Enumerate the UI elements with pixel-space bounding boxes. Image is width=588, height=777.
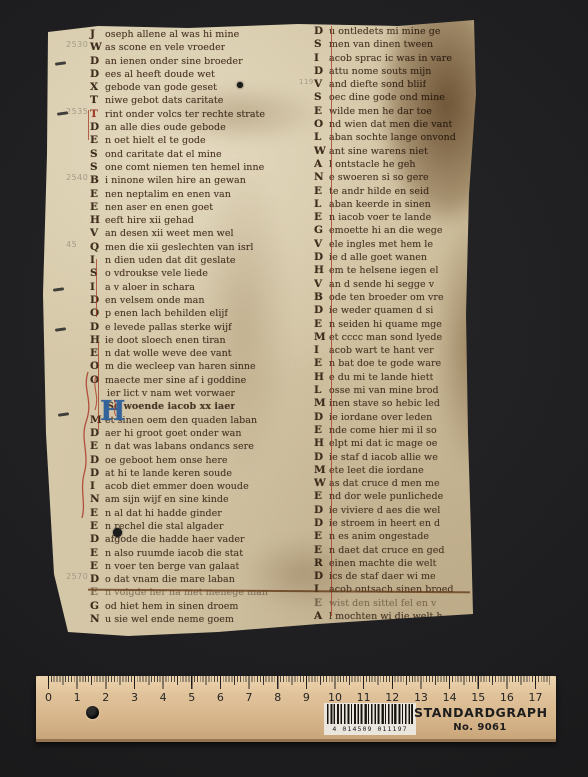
ruler-number: 16 (500, 691, 514, 704)
line-text: n rechel die stal algader (105, 520, 224, 533)
line-initial: D (90, 121, 105, 134)
line-text: wist den sittel fel en v (329, 597, 436, 610)
ruler-brand-name: STANDARDGRAPH (414, 705, 546, 720)
line-text: l mochten wi die welt h (329, 610, 443, 623)
line-text: oec dine gode ond mine (329, 91, 445, 104)
manuscript-line: Om die wecleep van haren sinne (90, 360, 308, 373)
line-initial: I (90, 254, 105, 267)
manuscript-line: Mete leet die iordane (314, 464, 482, 477)
manuscript-line: Nu sie wel ende neme goem (90, 613, 308, 626)
line-text: n bat doe te gode ware (329, 357, 441, 370)
line-initial: V (90, 227, 105, 240)
line-text: p enen lach behilden elijf (105, 307, 228, 320)
ruler-number: 13 (414, 691, 428, 704)
ruler-number: 4 (160, 691, 167, 704)
manuscript-line: En es anim ongestade (314, 530, 482, 543)
line-initial: L (314, 131, 329, 144)
manuscript-line: Dees al heeft doude wet (90, 68, 308, 81)
manuscript-line: Dafgode die hadde haer vader (90, 533, 308, 546)
line-text: ie iordane over leden (329, 411, 432, 424)
manuscript-line: Do dat vnam die mare laban (90, 573, 308, 586)
line-initial: V (314, 78, 329, 91)
manuscript-line: Gemoette hi an die wege (314, 224, 482, 237)
line-initial: D (314, 251, 329, 264)
line-text: nen neptalim en enen van (105, 188, 231, 201)
line-initial: H (314, 264, 329, 277)
line-initial: D (90, 454, 105, 467)
line-text: as dat cruce d men me (329, 477, 440, 490)
line-initial: S (90, 267, 105, 280)
ruler: 01234567891011121314151617 4 014509 0111… (36, 676, 556, 742)
manuscript-line: Iacob wart te hant ver (314, 344, 482, 357)
line-initial: D (90, 533, 105, 546)
barcode-digits: 4 014509 011197 (327, 725, 413, 733)
ruler-number: 6 (217, 691, 224, 704)
line-initial: A (314, 610, 329, 623)
line-initial: W (314, 477, 329, 490)
line-text: n voer ten berge van galaat (105, 560, 239, 573)
manuscript-line: Minen stave so hebic led (314, 397, 482, 410)
line-initial: D (90, 573, 105, 586)
line-text: an ienen onder sine broeder (105, 55, 243, 68)
manuscript-page: Joseph allene al was hi mineWas scone en… (38, 14, 482, 638)
manuscript-line: So vdroukse vele liede (90, 267, 308, 280)
line-initial: E (314, 530, 329, 543)
manuscript-line: Die iordane over leden (314, 411, 482, 424)
manuscript-line: Die weder quamen d si (314, 304, 482, 317)
manuscript-line: Was scone en vele vroeder (90, 41, 308, 54)
line-initial: E (90, 188, 105, 201)
line-initial: M (314, 331, 329, 344)
line-initial: I (314, 344, 329, 357)
rubrication-stroke (96, 259, 97, 317)
line-initial: D (314, 504, 329, 517)
manuscript-line: Bi ninone wilen hire an gewan (90, 174, 308, 187)
manuscript-line: Helpt mi dat ic mage oe (314, 437, 482, 450)
manuscript-line: End dor wele punlichede (314, 490, 482, 503)
manuscript-line: Van d sende hi segge v (314, 278, 482, 291)
line-text: l ontstacle he geh (329, 158, 416, 171)
line-initial: E (90, 440, 105, 453)
line-text: aban sochte lange onvond (329, 131, 456, 144)
line-initial: Q (90, 241, 105, 254)
line-text: as scone en vele vroeder (105, 41, 225, 54)
line-initial: E (314, 185, 329, 198)
line-initial: E (90, 134, 105, 147)
line-initial: E (314, 544, 329, 557)
line-initial: E (314, 357, 329, 370)
line-initial: H (90, 214, 105, 227)
rubrication-line-right (331, 26, 332, 616)
line-text: ant sine warens niet (329, 145, 428, 158)
manuscript-line: Nam sijn wijf en sine kinde (90, 493, 308, 506)
manuscript-line: Du ontledets mi mine ge (314, 25, 482, 38)
line-text: niwe gebot dats caritate (105, 94, 223, 107)
line-initial: O (90, 307, 105, 320)
manuscript-line: Die d alle goet wanen (314, 251, 482, 264)
line-text: maecte mer sine af i goddine (105, 374, 246, 387)
line-initial: E (90, 507, 105, 520)
line-initial: L (314, 384, 329, 397)
line-text: osse mi van mine brod (329, 384, 439, 397)
margin-number: 2570 (66, 572, 88, 581)
manuscript-line: In dien uden dat dit geslate (90, 254, 308, 267)
manuscript-line: Hie doot sloech enen tiran (90, 334, 308, 347)
line-text: an d sende hi segge v (329, 278, 434, 291)
ruler-hang-hole (86, 706, 99, 719)
line-text: one comt niemen ten hemel inne (105, 161, 264, 174)
manuscript-line: Smen van dinen tween (314, 38, 482, 51)
manuscript-line: Sond caritate dat el mine (90, 148, 308, 161)
manuscript-line: Xgebode van gode geset (90, 81, 308, 94)
manuscript-line: En daet dat cruce en ged (314, 544, 482, 557)
sewing-slit (58, 412, 69, 417)
line-initial: G (314, 224, 329, 237)
line-text: an alle dies oude gebode (105, 121, 226, 134)
manuscript-line: Joseph allene al was hi mine (90, 28, 308, 41)
line-initial: W (314, 145, 329, 158)
line-initial: D (90, 55, 105, 68)
line-initial: D (90, 467, 105, 480)
line-initial: E (314, 211, 329, 224)
manuscript-line: Dat hi te lande keren soude (90, 467, 308, 480)
line-text: gebode van gode geset (105, 81, 217, 94)
manuscript-line: He du mi te lande hiett (314, 371, 482, 384)
manuscript-line: Was dat cruce d men me (314, 477, 482, 490)
ruler-number: 3 (131, 691, 138, 704)
manuscript-line: En rechel die stal algader (90, 520, 308, 533)
line-initial: D (314, 65, 329, 78)
line-text: nd dor wele punlichede (329, 490, 443, 503)
ruler-model-number: No. 9061 (414, 722, 546, 733)
line-text: n oet hielt el te gode (105, 134, 206, 147)
line-initial: D (314, 25, 329, 38)
manuscript-line: Iacob diet emmer doen woude (90, 480, 308, 493)
manuscript-line: Enen aser en enen goet (90, 201, 308, 214)
ruler-cm-ticks (48, 676, 550, 689)
manuscript-line: En iacob voer te lande (314, 211, 482, 224)
line-text: n iacob voer te lande (329, 211, 431, 224)
manuscript-line: Al mochten wi die welt h (314, 610, 482, 623)
line-text: n also ruumde iacob die stat (105, 547, 243, 560)
manuscript-line: Laban keerde in sinen (314, 198, 482, 211)
photo-stage: Joseph allene al was hi mineWas scone en… (0, 0, 588, 777)
line-text: ees al heeft doude wet (105, 68, 215, 81)
line-text: ode ten broeder om vre (329, 291, 444, 304)
ruler-number: 17 (529, 691, 543, 704)
line-initial: D (314, 570, 329, 583)
line-initial: S (314, 91, 329, 104)
manuscript-line: God hiet hem in sinen droem (90, 600, 308, 613)
manuscript-line: Iacob sprac ic was in vare (314, 52, 482, 65)
line-initial: X (90, 81, 105, 94)
manuscript-line: En dat was labans ondancs sere (90, 440, 308, 453)
gutter-pencil-mark: 119 (299, 78, 314, 86)
ruler-number: 8 (274, 691, 281, 704)
manuscript-line: En voer ten berge van galaat (90, 560, 308, 573)
line-text: ele ingles met hem le (329, 238, 433, 251)
line-initial: I (90, 281, 105, 294)
line-initial: T (90, 108, 105, 121)
manuscript-line: En dat wolle weve dee vant (90, 347, 308, 360)
margin-number: 2540 (66, 173, 88, 182)
line-initial: D (314, 411, 329, 424)
line-text: and diefte sond bliif (329, 78, 426, 91)
ruler-number: 0 (45, 691, 52, 704)
line-text: ie d alle goet wanen (329, 251, 427, 264)
line-initial: E (314, 490, 329, 503)
line-text: te andr hilde en seid (329, 185, 429, 198)
line-initial: D (314, 451, 329, 464)
line-text: ete leet die iordane (329, 464, 424, 477)
line-text: nde come hier mi il so (329, 424, 437, 437)
line-initial: S (90, 161, 105, 174)
parchment-hole (237, 82, 243, 88)
manuscript-line: Ond wien dat men die vant (314, 118, 482, 131)
manuscript-line: Dattu nome souts mijn (314, 65, 482, 78)
line-text: attu nome souts mijn (329, 65, 431, 78)
manuscript-right-column: Du ontledets mi mine geSmen van dinen tw… (314, 25, 482, 623)
line-text: n al dat hi hadde ginder (105, 507, 222, 520)
manuscript-line: Bode ten broeder om vre (314, 291, 482, 304)
manuscript-line: Met cccc man sond lyede (314, 331, 482, 344)
line-text: men van dinen tween (329, 38, 433, 51)
ruler-brand-block: STANDARDGRAPH No. 9061 (414, 705, 546, 733)
line-text: i ninone wilen hire an gewan (105, 174, 246, 187)
line-text: ie viviere d aes die wel (329, 504, 440, 517)
barcode: 4 014509 011197 (324, 703, 416, 735)
manuscript-line: En oet hielt el te gode (90, 134, 308, 147)
line-text: m die wecleep van haren sinne (105, 360, 256, 373)
line-initial: W (90, 41, 105, 54)
manuscript-line: Qmen die xii geslechten van isrl (90, 241, 308, 254)
line-text: e swoeren si so gere (329, 171, 429, 184)
line-initial: S (90, 148, 105, 161)
line-initial: V (314, 238, 329, 251)
line-initial: S (314, 38, 329, 51)
line-text: et cccc man sond lyede (329, 331, 442, 344)
manuscript-line: Omaecte mer sine af i goddine (90, 374, 308, 387)
line-text: a v aloer in schara (105, 281, 195, 294)
line-text: nd wien dat men die vant (329, 118, 452, 131)
manuscript-line: Dics de staf daer wi me (314, 570, 482, 583)
manuscript-line: Losse mi van mine brod (314, 384, 482, 397)
line-text: en velsem onde man (105, 294, 205, 307)
manuscript-line: Die viviere d aes die wel (314, 504, 482, 517)
margin-number: 45 (66, 240, 77, 249)
line-initial: E (314, 597, 329, 610)
manuscript-line: Vele ingles met hem le (314, 238, 482, 251)
sewing-slit (55, 61, 66, 66)
line-text: afgode die hadde haer vader (105, 533, 245, 546)
line-initial: M (314, 464, 329, 477)
manuscript-line: Ewilde men he dar toe (314, 105, 482, 118)
ruler-number: 14 (443, 691, 457, 704)
line-text: elpt mi dat ic mage oe (329, 437, 437, 450)
manuscript-line: En bat doe te gode ware (314, 357, 482, 370)
line-initial: A (314, 158, 329, 171)
manuscript-line: Hem te helsene iegen el (314, 264, 482, 277)
line-text: n daet dat cruce en ged (329, 544, 445, 557)
line-initial: M (314, 397, 329, 410)
line-text: ie stroem in heert en d (329, 517, 440, 530)
ruler-number: 9 (303, 691, 310, 704)
ruler-number: 2 (102, 691, 109, 704)
line-text: em te helsene iegen el (329, 264, 438, 277)
line-initial: D (90, 68, 105, 81)
manuscript-line: Trint onder volcs ter rechte strate (90, 108, 308, 121)
line-initial: L (314, 198, 329, 211)
line-text: men die xii geslechten van isrl (105, 241, 253, 254)
manuscript-line: Den velsem onde man (90, 294, 308, 307)
manuscript-line: En also ruumde iacob die stat (90, 547, 308, 560)
line-text: acob wart te hant ver (329, 344, 434, 357)
line-text: an desen xii weet men wel (105, 227, 234, 240)
line-text: inen stave so hebic led (329, 397, 440, 410)
manuscript-line: Reinen machte die welt (314, 557, 482, 570)
manuscript-line: Ne swoeren si so gere (314, 171, 482, 184)
line-text: ics de staf daer wi me (329, 570, 436, 583)
line-initial: T (90, 94, 105, 107)
line-text: ond caritate dat el mine (105, 148, 222, 161)
line-initial: E (90, 201, 105, 214)
line-text: u sie wel ende neme goem (105, 613, 234, 626)
line-initial: E (314, 105, 329, 118)
line-text: e levede pallas sterke wijf (105, 321, 232, 334)
line-initial: O (314, 118, 329, 131)
manuscript-line: Dan ienen onder sine broeder (90, 55, 308, 68)
manuscript-line: Ete andr hilde en seid (314, 185, 482, 198)
line-initial: B (90, 174, 105, 187)
line-text: rint onder volcs ter rechte strate (105, 108, 265, 121)
line-text: aban keerde in sinen (329, 198, 431, 211)
line-initial: D (314, 517, 329, 530)
line-initial: D (90, 321, 105, 334)
line-text: n dat was labans ondancs sere (105, 440, 254, 453)
manuscript-line: Ende come hier mi il so (314, 424, 482, 437)
line-initial: H (314, 437, 329, 450)
manuscript-line: Die staf d iacob allie we (314, 451, 482, 464)
line-initial: N (90, 493, 105, 506)
line-text: n seiden hi quame mge (329, 318, 442, 331)
manuscript-line: En al dat hi hadde ginder (90, 507, 308, 520)
line-text: od hiet hem in sinen droem (105, 600, 238, 613)
line-text: n dien uden dat dit geslate (105, 254, 236, 267)
manuscript-line: Dan alle dies oude gebode (90, 121, 308, 134)
manuscript-line: Ia v aloer in schara (90, 281, 308, 294)
line-initial: N (314, 171, 329, 184)
line-text: oseph allene al was hi mine (105, 28, 239, 41)
line-text: nen aser en enen goet (105, 201, 213, 214)
manuscript-line: Die stroem in heert en d (314, 517, 482, 530)
ruler-number: 7 (246, 691, 253, 704)
line-text: ie staf d iacob allie we (329, 451, 438, 464)
line-initial: J (90, 28, 105, 41)
line-initial: N (90, 613, 105, 626)
line-text: einen machte die welt (329, 557, 437, 570)
line-initial: D (314, 304, 329, 317)
manuscript-line: En seiden hi quame mge (314, 318, 482, 331)
line-initial: I (314, 52, 329, 65)
line-initial: E (90, 547, 105, 560)
line-initial: E (314, 318, 329, 331)
line-initial: E (314, 424, 329, 437)
manuscript-line: Want sine warens niet (314, 145, 482, 158)
line-text: e du mi te lande hiett (329, 371, 433, 384)
manuscript-line: De levede pallas sterke wijf (90, 321, 308, 334)
manuscript-line: Doe geboot hem onse here (90, 454, 308, 467)
line-initial: G (90, 600, 105, 613)
barcode-bars (327, 704, 413, 724)
manuscript-line: Ewist den sittel fel en v (314, 597, 482, 610)
manuscript-left-column: Joseph allene al was hi mineWas scone en… (90, 28, 308, 626)
decorated-initial-h: H (100, 397, 130, 429)
line-initial: E (90, 560, 105, 573)
line-text: at hi te lande keren soude (105, 467, 232, 480)
manuscript-line: Vand diefte sond bliif (314, 78, 482, 91)
line-text: o vdroukse vele liede (105, 267, 208, 280)
line-text: ie weder quamen d si (329, 304, 433, 317)
ruler-number: 1 (74, 691, 81, 704)
parchment-hole (113, 528, 122, 537)
line-initial: V (314, 278, 329, 291)
line-text: eeft hire xii gehad (105, 214, 194, 227)
manuscript-line: Van desen xii weet men wel (90, 227, 308, 240)
margin-number: 2535 (66, 107, 88, 116)
ruler-number: 15 (471, 691, 485, 704)
manuscript-line: Sone comt niemen ten hemel inne (90, 161, 308, 174)
margin-number: 2530 (66, 40, 88, 49)
line-text: n dat wolle weve dee vant (105, 347, 232, 360)
manuscript-line: Laban sochte lange onvond (314, 131, 482, 144)
line-initial: B (314, 291, 329, 304)
line-initial: D (90, 294, 105, 307)
manuscript-line: Tniwe gebot dats caritate (90, 94, 308, 107)
line-text: o dat vnam die mare laban (105, 573, 235, 586)
line-text: acob sprac ic was in vare (329, 52, 452, 65)
line-text: am sijn wijf en sine kinde (105, 493, 229, 506)
line-text: oe geboot hem onse here (105, 454, 228, 467)
ruler-number: 5 (188, 691, 195, 704)
line-text: wilde men he dar toe (329, 105, 432, 118)
line-text: acob diet emmer doen woude (105, 480, 249, 493)
sewing-slit (53, 287, 64, 292)
line-initial: E (90, 520, 105, 533)
manuscript-line: Heeft hire xii gehad (90, 214, 308, 227)
line-initial: I (90, 480, 105, 493)
manuscript-line: Enen neptalim en enen van (90, 188, 308, 201)
sewing-slit (55, 327, 66, 332)
manuscript-line: Op enen lach behilden elijf (90, 307, 308, 320)
manuscript-line: Al ontstacle he geh (314, 158, 482, 171)
line-text: n es anim ongestade (329, 530, 429, 543)
line-initial: R (314, 557, 329, 570)
line-initial: H (314, 371, 329, 384)
line-text: ie doot sloech enen tiran (105, 334, 226, 347)
line-text: u ontledets mi mine ge (329, 25, 441, 38)
line-text: emoette hi an die wege (329, 224, 443, 237)
manuscript-line: Soec dine gode ond mine (314, 91, 482, 104)
